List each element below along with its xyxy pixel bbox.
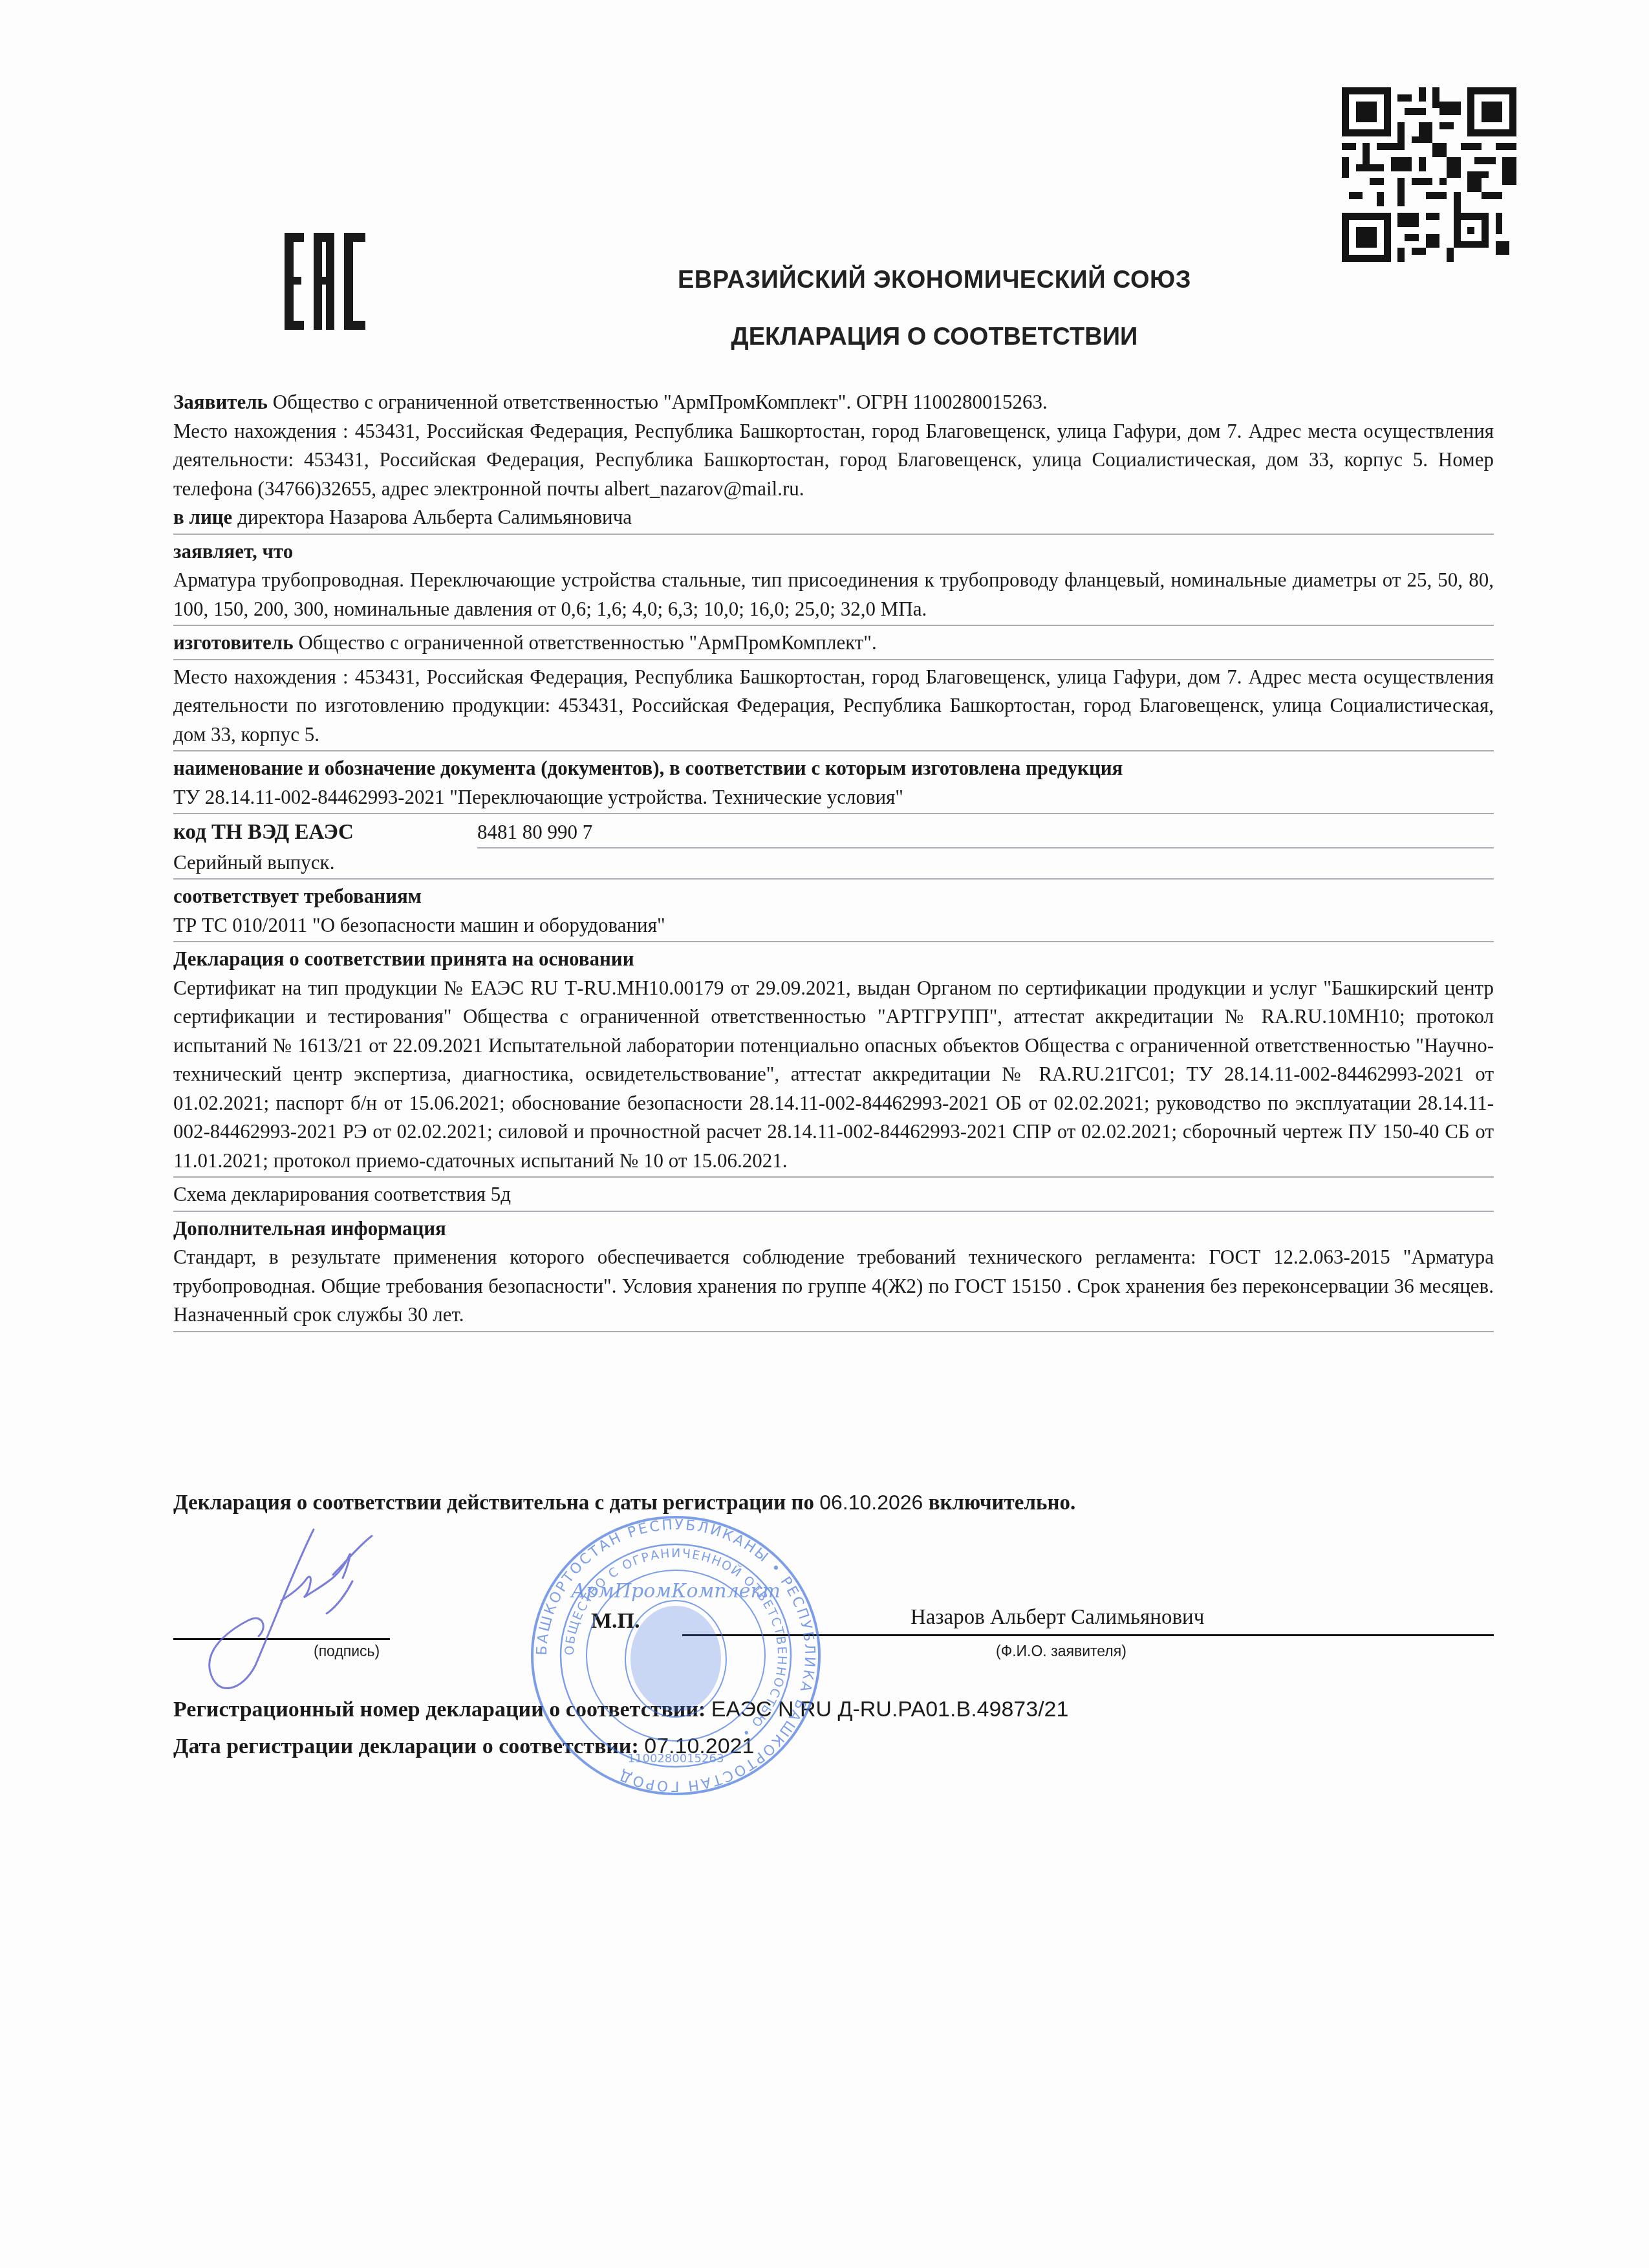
registration-date-label: Дата регистрации декларации о соответств…	[173, 1734, 644, 1758]
release-type: Серийный выпуск.	[173, 848, 1494, 878]
technical-regulation: ТР ТС 010/2011 "О безопасности машин и о…	[173, 911, 1494, 940]
applicant-name: Общество с ограниченной ответственностью…	[268, 391, 1048, 413]
conforms-section: соответствует требованиям ТР ТС 010/2011…	[173, 882, 1494, 942]
signature-line	[173, 1638, 390, 1640]
declaration-page: ЕВРАЗИЙСКИЙ ЭКОНОМИЧЕСКИЙ СОЮЗ ДЕКЛАРАЦИ…	[0, 0, 1649, 2268]
manufacturer-address-section: Место нахождения : 453431, Российская Фе…	[173, 663, 1494, 752]
manufacturer-section: изготовитель Общество с ограниченной отв…	[173, 629, 1494, 660]
declares-label: заявляет, что	[173, 537, 1494, 567]
basis-text: Сертификат на тип продукции № ЕАЭС RU Т-…	[173, 974, 1494, 1176]
registration-number-label: Регистрационный номер декларации о соотв…	[173, 1698, 711, 1722]
standard-doc-section: наименование и обозначение документа (до…	[173, 754, 1494, 814]
applicant-label: Заявитель	[173, 391, 268, 413]
registration-date-row: Дата регистрации декларации о соответств…	[173, 1728, 1068, 1765]
declares-section: заявляет, что Арматура трубопроводная. П…	[173, 537, 1494, 627]
standard-doc-text: ТУ 28.14.11-002-84462993-2021 "Переключа…	[173, 783, 1494, 812]
release-section: Серийный выпуск.	[173, 848, 1494, 880]
validity-statement: Декларация о соответствии действительна …	[173, 1491, 1075, 1515]
representative-label: в лице	[173, 506, 232, 528]
fio-caption: (Ф.И.О. заявителя)	[996, 1643, 1126, 1660]
signer-name: Назаров Альберт Салимьянович	[911, 1606, 1204, 1630]
declaration-body: Заявитель Общество с ограниченной ответс…	[173, 388, 1494, 1335]
product-description: Арматура трубопроводная. Переключающие у…	[173, 566, 1494, 623]
standard-doc-label: наименование и обозначение документа (до…	[173, 754, 1494, 783]
manufacturer-label: изготовитель	[173, 631, 294, 654]
additional-text: Стандарт, в результате применения которо…	[173, 1243, 1494, 1330]
registration-date: 07.10.2021	[644, 1734, 754, 1758]
scheme-section: Схема декларирования соответствия 5д	[173, 1180, 1494, 1212]
basis-section: Декларация о соответствии принята на осн…	[173, 945, 1494, 1178]
hs-code-value: 8481 80 990 7	[477, 818, 1494, 848]
registration-block: Регистрационный номер декларации о соотв…	[173, 1691, 1068, 1765]
additional-section: Дополнительная информация Стандарт, в ре…	[173, 1215, 1494, 1332]
registration-number: ЕАЭС N RU Д-RU.PA01.B.49873/21	[711, 1697, 1069, 1722]
basis-label: Декларация о соответствии принята на осн…	[173, 945, 1494, 974]
manufacturer-name: Общество с ограниченной ответственностью…	[294, 631, 877, 654]
svg-text:АрмПромКомплект: АрмПромКомплект	[570, 1580, 781, 1603]
registration-number-row: Регистрационный номер декларации о соотв…	[173, 1691, 1068, 1728]
validity-date: 06.10.2026	[819, 1491, 923, 1514]
union-title: ЕВРАЗИЙСКИЙ ЭКОНОМИЧЕСКИЙ СОЮЗ	[0, 266, 1649, 294]
seal-place-label: М.П.	[591, 1609, 640, 1634]
declaration-scheme: Схема декларирования соответствия 5д	[173, 1180, 1494, 1209]
hs-code-row: код ТН ВЭД ЕАЭС 8481 80 990 7	[173, 818, 1494, 848]
representative-name: директора Назарова Альберта Салимьянович…	[232, 506, 632, 528]
additional-label: Дополнительная информация	[173, 1215, 1494, 1244]
qr-code[interactable]	[1342, 87, 1516, 262]
applicant-address: Место нахождения : 453431, Российская Фе…	[173, 417, 1494, 504]
signature-caption: (подпись)	[314, 1643, 380, 1660]
manufacturer-address: Место нахождения : 453431, Российская Фе…	[173, 663, 1494, 750]
handwritten-signature-icon	[178, 1517, 488, 1711]
conforms-label: соответствует требованиям	[173, 882, 1494, 911]
name-line	[682, 1634, 1494, 1636]
hs-code-label: код ТН ВЭД ЕАЭС	[173, 818, 477, 848]
document-title: ДЕКЛАРАЦИЯ О СООТВЕТСТВИИ	[0, 323, 1649, 351]
validity-suffix: включительно.	[923, 1491, 1075, 1515]
validity-prefix: Декларация о соответствии действительна …	[173, 1491, 819, 1515]
applicant-section: Заявитель Общество с ограниченной ответс…	[173, 388, 1494, 535]
